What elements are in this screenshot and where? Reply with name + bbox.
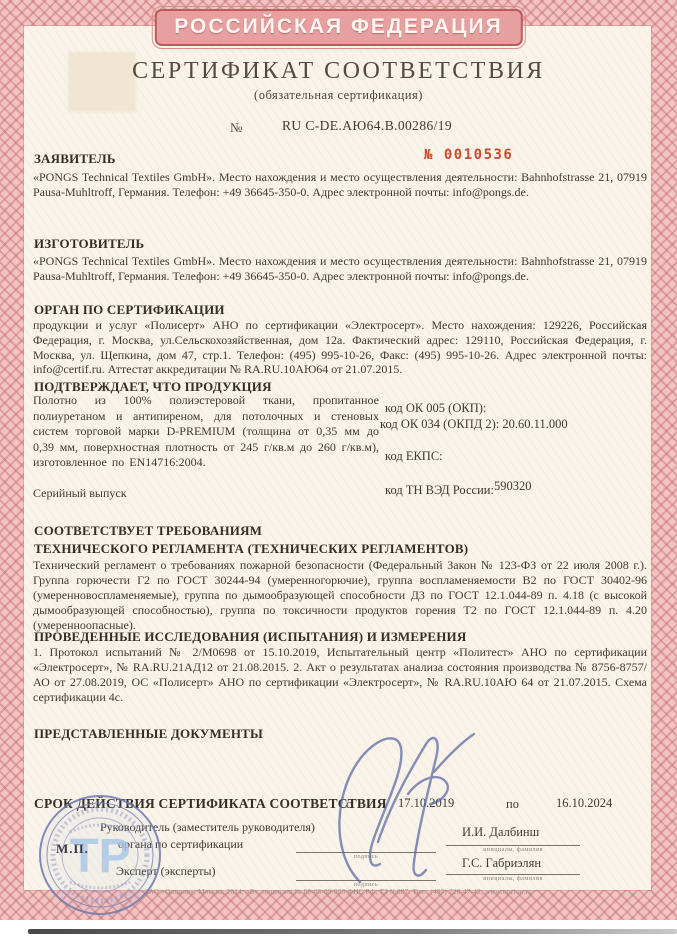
requirements-text: Технический регламент о требованиях пожа… [33, 558, 647, 633]
code-okp-label: код ОК 005 (ОКП): [385, 401, 486, 415]
country-banner: РОССИЙСКАЯ ФЕДЕРАЦИЯ [154, 9, 522, 46]
applicant-heading: ЗАЯВИТЕЛЬ [34, 151, 116, 167]
handwritten-signature [322, 730, 482, 890]
certification-body-text: продукции и услуг «Полисерт» АНО по серт… [33, 318, 647, 377]
certificate-number: RU C-DE.АЮ64.B.00286/19 [282, 118, 452, 134]
blank-form-number: № 0010536 [424, 147, 513, 163]
certificate-subtitle: (обязательная сертификация) [0, 88, 677, 103]
research-heading: ПРОВЕДЕННЫЕ ИССЛЕДОВАНИЯ (ИСПЫТАНИЯ) И И… [34, 629, 466, 645]
printer-imprint: ЗАО «Опцион», Москва, 2014, «В», лицензи… [90, 888, 587, 896]
certification-body-heading: ОРГАН ПО СЕРТИФИКАЦИИ [34, 302, 225, 318]
code-okpd2-value: 20.60.11.000 [502, 417, 567, 431]
code-tnved-label: код ТН ВЭД России: [385, 483, 494, 497]
manufacturer-heading: ИЗГОТОВИТЕЛЬ [34, 236, 144, 252]
serial-issue-note: Серийный выпуск [33, 486, 127, 501]
code-okpd2-label: код ОК 034 (ОКПД 2): [380, 417, 499, 431]
certificate-scan: РОССИЙСКАЯ ФЕДЕРАЦИЯ СЕРТИФИКАТ СООТВЕТС… [0, 0, 677, 920]
manufacturer-text: «PONGS Technical Textiles GmbH». Место н… [33, 254, 647, 284]
code-ekps-row: код ЕКПС: [385, 449, 443, 464]
scan-edge-artifact [28, 929, 677, 934]
code-tnved-value: 590320 [494, 479, 532, 493]
product-description: Полотно из 100% полиэстеровой ткани, про… [33, 393, 379, 471]
certificate-title: СЕРТИФИКАТ СООТВЕТСТВИЯ [0, 58, 677, 85]
requirements-heading-line2: ТЕХНИЧЕСКОГО РЕГЛАМЕНТА (ТЕХНИЧЕСКИХ РЕГ… [34, 541, 468, 557]
research-text: 1. Протокол испытаний № 2/М0698 от 15.10… [33, 645, 647, 705]
applicant-text: «PONGS Technical Textiles GmbH». Место н… [33, 170, 647, 200]
stamp-place-label: М.П. [56, 841, 89, 857]
certificate-number-sign: № [230, 120, 242, 136]
signature-graphic [322, 730, 482, 890]
requirements-heading-line1: СООТВЕТСТВУЕТ ТРЕБОВАНИЯМ [34, 523, 262, 539]
documents-heading: ПРЕДСТАВЛЕННЫЕ ДОКУМЕНТЫ [34, 726, 263, 742]
code-tnved-row: код ТН ВЭД России:590320 [385, 483, 531, 498]
validity-to-date: 16.10.2024 [556, 796, 612, 811]
validity-to-label: по [506, 797, 519, 812]
code-okpd2-row: код ОК 034 (ОКПД 2): 20.60.11.000 [380, 417, 568, 432]
code-okp-row: код ОК 005 (ОКП): [385, 401, 486, 416]
code-ekps-label: код ЕКПС: [385, 449, 443, 463]
